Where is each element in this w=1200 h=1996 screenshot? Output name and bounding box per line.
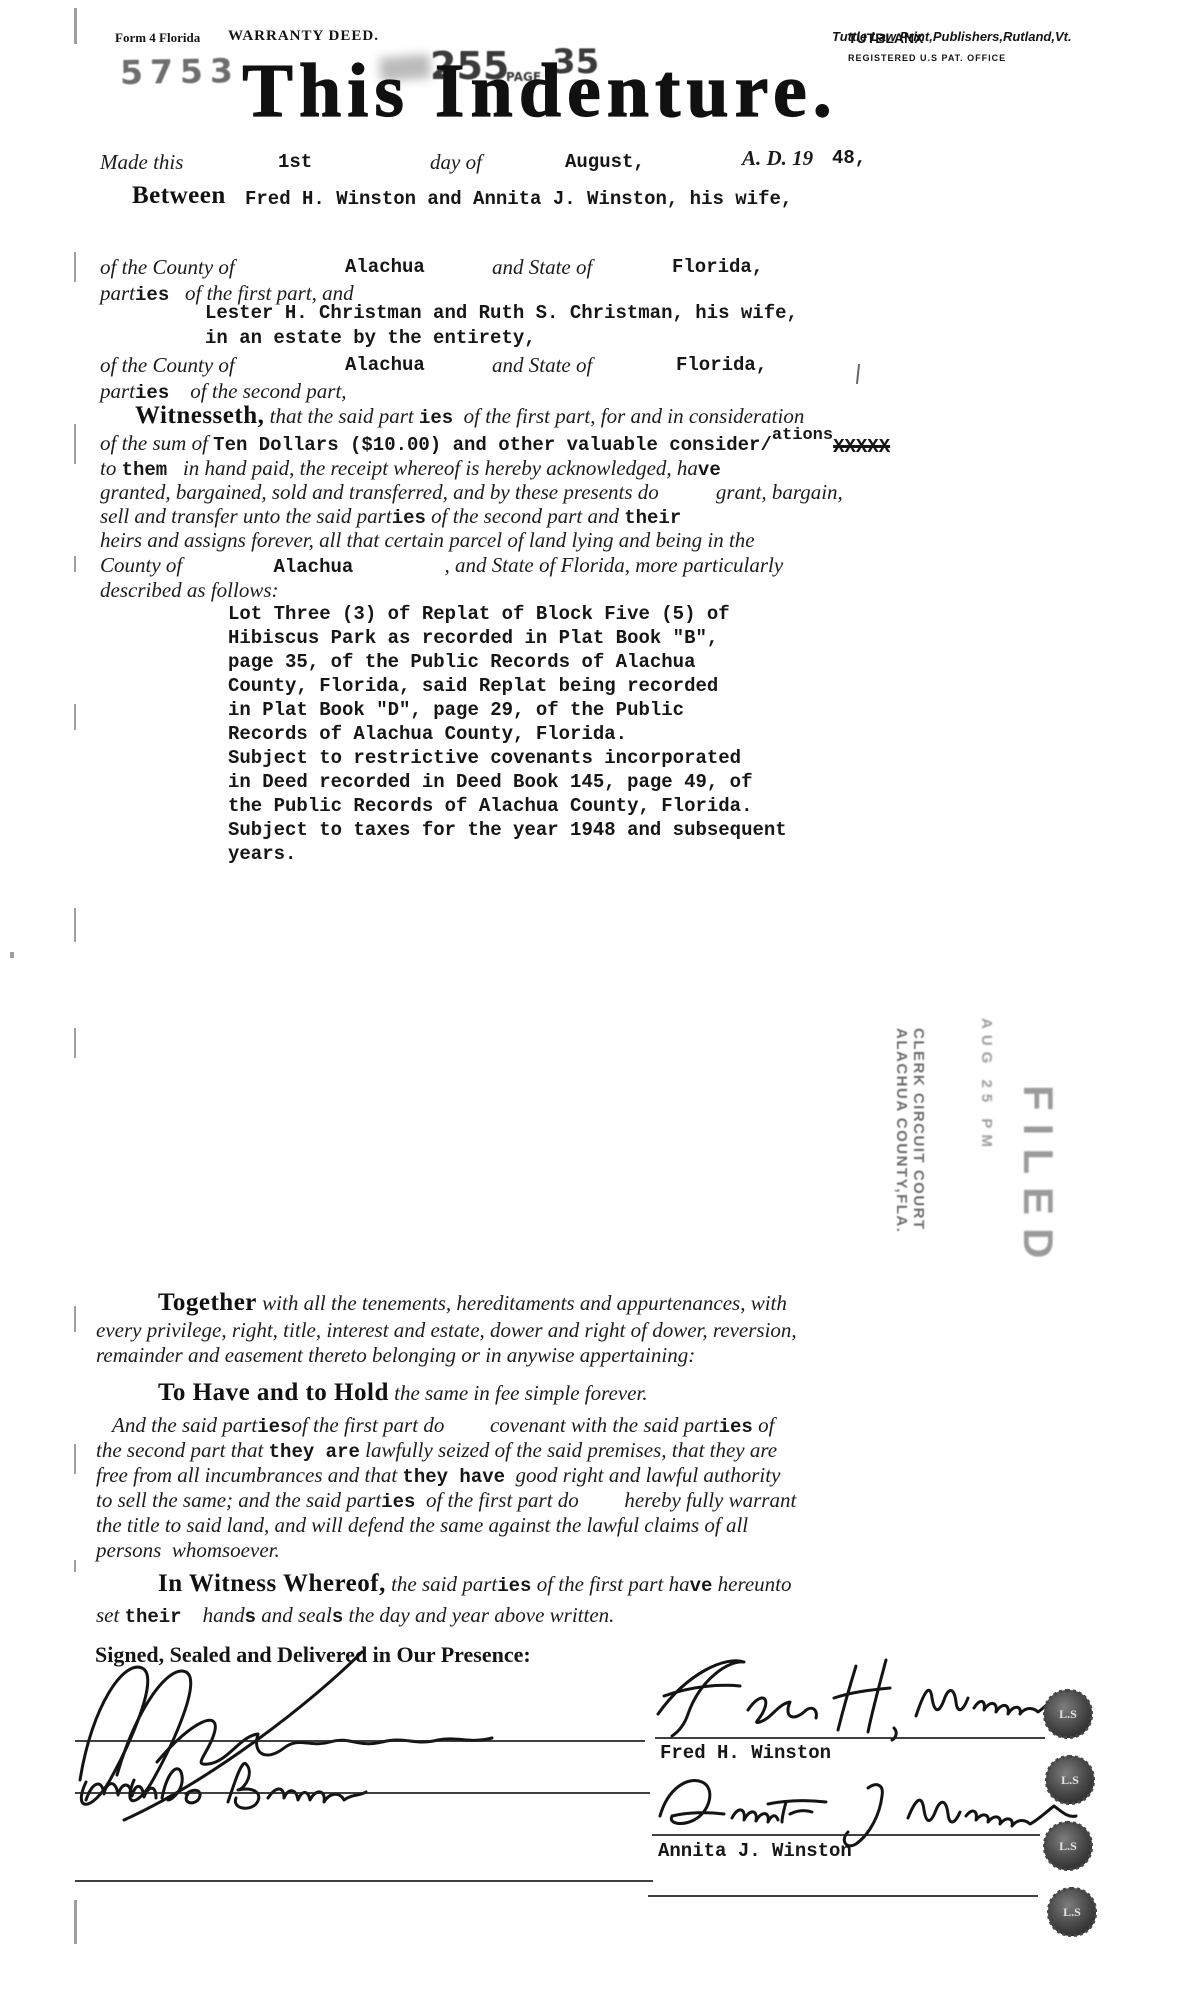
county-value-1: Alachua bbox=[345, 256, 425, 278]
legal-description-paragraph-3: Subject to taxes for the year 1948 and s… bbox=[228, 818, 787, 866]
grantee-names-line: Lester H. Christman and Ruth S. Christma… bbox=[205, 302, 798, 324]
state-value-1: Florida, bbox=[672, 256, 763, 278]
of-county-label-2: of the County of bbox=[100, 353, 235, 378]
scan-artifact bbox=[74, 1306, 76, 1332]
stray-pen-mark bbox=[856, 364, 860, 384]
and-state-label-1: and State of bbox=[492, 255, 592, 280]
day-value: 1st bbox=[278, 151, 312, 173]
year-value: 48, bbox=[832, 147, 866, 169]
grantor-typed-name-2: Annita J. Winston bbox=[658, 1840, 852, 1862]
doc-type-label: WARRANTY DEED. bbox=[228, 28, 379, 45]
printer-credit-line2: Tuttle Law Print,Publishers,Rutland,Vt. bbox=[832, 29, 1072, 44]
legal-description-paragraph-2: Subject to restrictive covenants incorpo… bbox=[228, 746, 753, 818]
scan-artifact bbox=[10, 952, 14, 958]
scan-artifact bbox=[74, 1444, 76, 1474]
scan-artifact bbox=[74, 704, 76, 730]
witness-signature-line-2 bbox=[75, 1792, 650, 1794]
witness-signature-2 bbox=[78, 1748, 438, 1818]
ad-label: A. D. 19 bbox=[742, 146, 813, 171]
witnesseth-line-1: Witnesseth, that the said part ies of th… bbox=[100, 403, 804, 432]
clerk-stamp-line2: ALACHUA COUNTY,FLA. bbox=[893, 1028, 910, 1283]
grantor-signature-fred bbox=[648, 1652, 1068, 1747]
month-value: August, bbox=[565, 151, 645, 173]
grantor-typed-name-1: Fred H. Winston bbox=[660, 1742, 831, 1764]
filed-stamp: FILED bbox=[1014, 1085, 1062, 1285]
filed-date-stamp: AUG 25 PM bbox=[978, 1018, 995, 1253]
scan-artifact bbox=[74, 556, 76, 572]
ls-seal-3: L.S bbox=[1044, 1822, 1092, 1870]
warranty-deed-page: Form 4 Florida WARRANTY DEED. TUTBLANX R… bbox=[0, 0, 1200, 1996]
scan-artifact bbox=[74, 1028, 76, 1058]
witness-whereof-line-1: In Witness Whereof, the said parties of … bbox=[100, 1571, 792, 1600]
scan-artifact bbox=[74, 908, 76, 942]
state-value-2: Florida, bbox=[676, 354, 767, 376]
clerk-stamp: CLERK CIRCUIT COURT ALACHUA COUNTY,FLA. bbox=[893, 1028, 927, 1283]
grantor-signature-line-3 bbox=[648, 1895, 1038, 1897]
form-label: Form 4 Florida bbox=[115, 30, 200, 46]
scan-artifact bbox=[74, 8, 77, 44]
witness-whereof-line-2: set their hands and seals the day and ye… bbox=[96, 1602, 614, 1631]
scan-artifact bbox=[74, 1560, 76, 1572]
grantor-signature-line-2 bbox=[652, 1834, 1040, 1836]
legal-description-paragraph-1: Lot Three (3) of Replat of Block Five (5… bbox=[228, 602, 730, 746]
witness-signature-line-1 bbox=[75, 1740, 645, 1742]
county-value-2: Alachua bbox=[345, 354, 425, 376]
clerk-stamp-line1: CLERK CIRCUIT COURT bbox=[910, 1028, 927, 1283]
grantor-signature-line-1 bbox=[655, 1737, 1045, 1739]
tohave-line-1: To Have and to Hold the same in fee simp… bbox=[100, 1380, 648, 1409]
document-title: This Indenture. bbox=[140, 48, 940, 135]
scan-artifact bbox=[74, 424, 76, 464]
witness-signature-line-3 bbox=[75, 1880, 653, 1882]
grantor-names: Fred H. Winston and Annita J. Winston, h… bbox=[245, 188, 792, 210]
together-line-3: remainder and easement thereto belonging… bbox=[96, 1342, 695, 1371]
grantee-estate-line: in an estate by the entirety, bbox=[205, 327, 536, 349]
made-this-label: Made this bbox=[100, 150, 183, 175]
ls-seal-1: L.S bbox=[1044, 1690, 1092, 1738]
tohave-line-7: persons whomsoever. bbox=[96, 1537, 280, 1566]
between-label: Between bbox=[132, 182, 226, 210]
scan-artifact bbox=[74, 252, 76, 282]
ls-seal-4: L.S bbox=[1048, 1888, 1096, 1936]
day-of-label: day of bbox=[430, 150, 482, 175]
of-county-label-1: of the County of bbox=[100, 255, 235, 280]
ls-seal-2: L.S bbox=[1046, 1756, 1094, 1804]
and-state-label-2: and State of bbox=[492, 353, 592, 378]
scan-artifact bbox=[74, 1900, 77, 1944]
together-line-1: Together with all the tenements, heredit… bbox=[100, 1290, 787, 1319]
